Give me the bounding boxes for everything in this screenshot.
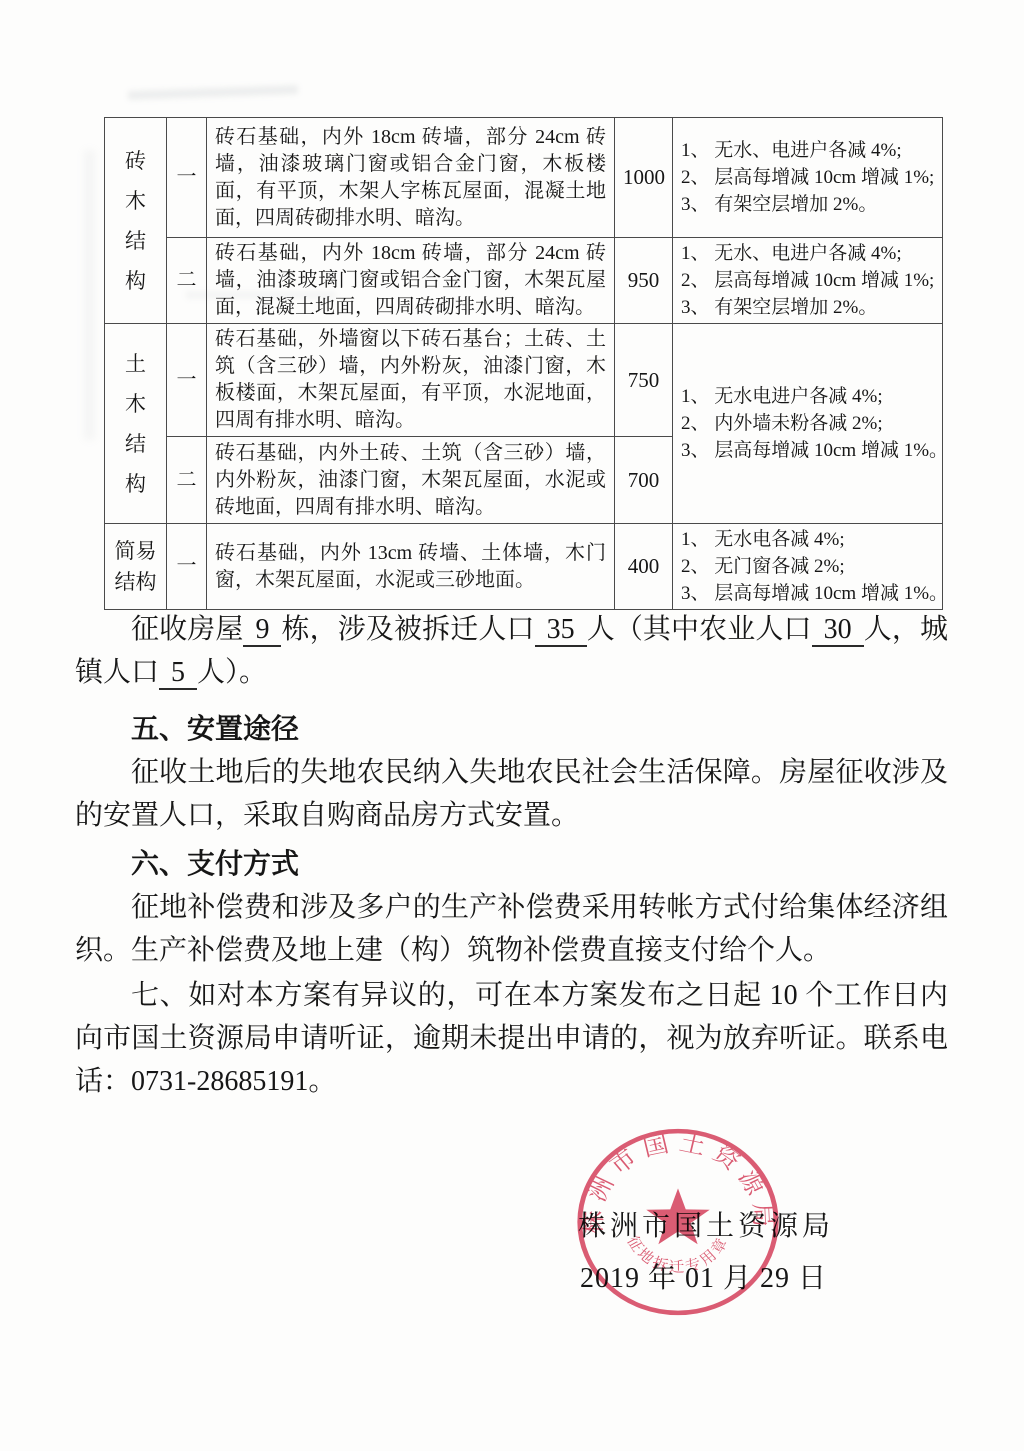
table-cell-notes: 1、 无水电各减 4%; 2、 无门窗各减 2%; 3、 层高每增减 10cm …: [673, 524, 943, 610]
table-cell-grade: 一: [167, 524, 207, 610]
compensation-table: 砖 木 结 构 一 砖石基础，内外 18cm 砖墙，部分 24cm 砖墙，油漆玻…: [104, 117, 943, 610]
table-cell-notes: 1、 无水电进户各减 4%; 2、 内外墙未粉各减 2%; 3、 层高每增减 1…: [673, 324, 943, 524]
section-6-heading: 六、支付方式: [75, 843, 948, 886]
signature-organization: 株洲市国土资源局: [578, 1205, 834, 1248]
scan-artifact: [84, 150, 95, 440]
paragraph-text: 征收房屋: [131, 614, 243, 645]
table-cell-desc: 砖石基础，内外土砖、土筑（含三砂）墙，内外粉灰，油漆门窗，木架瓦屋面，水泥或砖地…: [207, 437, 615, 524]
paragraph-text: 人（其中农业人口: [587, 614, 812, 645]
table-cell-notes: 1、 无水、电进户各减 4%; 2、 层高每增减 10cm 增减 1%; 3、 …: [673, 238, 943, 324]
signature-date: 2019 年 01 月 29 日: [580, 1257, 827, 1300]
document-page: 砖 木 结 构 一 砖石基础，内外 18cm 砖墙，部分 24cm 砖墙，油漆玻…: [0, 0, 1024, 1451]
table-cell-price: 700: [615, 437, 673, 524]
scan-artifact: [128, 85, 298, 100]
table-cell-price: 1000: [615, 118, 673, 238]
section-6-paragraph: 征地补偿费和涉及多户的生产补偿费采用转帐方式付给集体经济组织。生产补偿费及地上建…: [75, 886, 948, 972]
table-cell-desc: 砖石基础，内外 18cm 砖墙，部分 24cm 砖墙，油漆玻璃门窗或铝合金门窗，…: [207, 238, 615, 324]
relocated-population-value: 35: [535, 614, 587, 647]
table-cell-grade: 二: [167, 238, 207, 324]
paragraph-text: 栋，涉及被拆迁人口: [281, 614, 534, 645]
section-5-heading: 五、安置途径: [75, 708, 948, 751]
table-cell-grade: 二: [167, 437, 207, 524]
table-cell-price: 750: [615, 324, 673, 437]
table-cell-price: 950: [615, 238, 673, 324]
section-7-paragraph: 七、如对本方案有异议的，可在本方案发布之日起 10 个工作日内向市国土资源局申请…: [75, 974, 948, 1103]
table-cell-grade: 一: [167, 118, 207, 238]
table-cell-desc: 砖石基础，内外 18cm 砖墙，部分 24cm 砖墙，油漆玻璃门窗或铝合金门窗，…: [207, 118, 615, 238]
body-text: 征收房屋9栋，涉及被拆迁人口35人（其中农业人口30人，城镇人口5人）。 五、安…: [75, 608, 948, 1103]
table-cell-desc: 砖石基础，外墙窗以下砖石基台；土砖、土筑（含三砂）墙，内外粉灰，油漆门窗，木板楼…: [207, 324, 615, 437]
table-cell-structure: 砖 木 结 构: [105, 118, 167, 324]
house-count-value: 9: [243, 614, 281, 647]
table-cell-desc: 砖石基础，内外 13cm 砖墙、土体墙，木门窗，木架瓦屋面，水泥或三砂地面。: [207, 524, 615, 610]
agricultural-population-value: 30: [812, 614, 864, 647]
paragraph-text: 人）。: [197, 657, 267, 688]
urban-population-value: 5: [159, 657, 197, 690]
house-count-paragraph: 征收房屋9栋，涉及被拆迁人口35人（其中农业人口30人，城镇人口5人）。: [75, 608, 948, 694]
table-cell-price: 400: [615, 524, 673, 610]
section-5-paragraph: 征收土地后的失地农民纳入失地农民社会生活保障。房屋征收涉及的安置人口，采取自购商…: [75, 751, 948, 837]
table-cell-grade: 一: [167, 324, 207, 437]
table-cell-structure: 简易 结构: [105, 524, 167, 610]
table-cell-notes: 1、 无水、电进户各减 4%; 2、 层高每增减 10cm 增减 1%; 3、 …: [673, 118, 943, 238]
table-cell-structure: 土 木 结 构: [105, 324, 167, 524]
